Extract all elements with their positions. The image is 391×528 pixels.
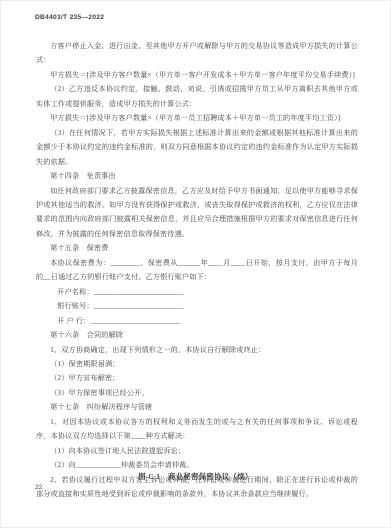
paragraph: （2）乙方违反本协议约定，接触、鼓动、劝说、引诱或招揽甲方员工从甲方离职去其他甲… [36, 82, 358, 111]
document-page: DB4403/T 235—2022 方客户停止入金、进行出金、至其他甲方开户或解… [0, 0, 391, 528]
paragraph: 本协议保密费为：________，保密费从______年____月____日开始… [36, 256, 358, 285]
paragraph: 开户名称：________________________ [36, 285, 358, 299]
document-number-header: DB4403/T 235—2022 [35, 14, 104, 21]
paragraph: 第十六条 合同的解除 [36, 328, 358, 342]
paragraph: 开 户 行：________________________ [36, 314, 358, 328]
page-number: 22 [35, 484, 43, 491]
figure-caption: 图 C.1 商业秘密保密协议（续） [1, 472, 390, 482]
paragraph: 甲方损失＝[涉及甲方客户数量×（甲方单一客户开发成本＋甲方单一客户年度平均交易手… [36, 68, 358, 82]
paragraph: 第十五条 保密费 [36, 241, 358, 255]
paragraph: 1、对因本协议或本协议各方的权利和义务而发生的或与之有关的任何事项和争议、诉讼或… [36, 415, 358, 444]
paragraph: （2）向____________仲裁委员会申请仲裁。 [36, 458, 358, 472]
paragraph: （1）保密期限届满； [36, 357, 358, 371]
paragraph: 如任何政府部门要求乙方披露保密信息，乙方应及时给予甲方书面通知，足以使甲方能够寻… [36, 184, 358, 242]
paragraph: （3）甲方保密事项已经公开。 [36, 386, 358, 400]
paragraph: 第十七条 纠纷解决程序与管辖 [36, 400, 358, 414]
paragraph: 第十四条 免责事由 [36, 169, 358, 183]
paragraph: 1、双方协商确定，出现下列情形之一的，本协议自行解除或终止： [36, 343, 358, 357]
document-body: 方客户停止入金、进行出金、至其他甲方开户或解除与甲方的交易协议等造成甲方损失的计… [36, 39, 358, 502]
paragraph: 甲方损失＝[涉及甲方客户数量×（甲方单一员工招聘成本＋甲方单一员工的年度平均工资… [36, 111, 358, 125]
paragraph: 银行账号：________________________ [36, 299, 358, 313]
paragraph: （1）向本协议签订地人民法院提起诉讼； [36, 444, 358, 458]
paragraph: （2）甲方宣布解密； [36, 371, 358, 385]
paragraph: 方客户停止入金、进行出金、至其他甲方开户或解除与甲方的交易协议等造成甲方损失的计… [36, 39, 358, 68]
paragraph: （3）在任何情况下，若甲方实际损失根据上述标准计算出来的金额或根据其他标准计算出… [36, 126, 358, 169]
